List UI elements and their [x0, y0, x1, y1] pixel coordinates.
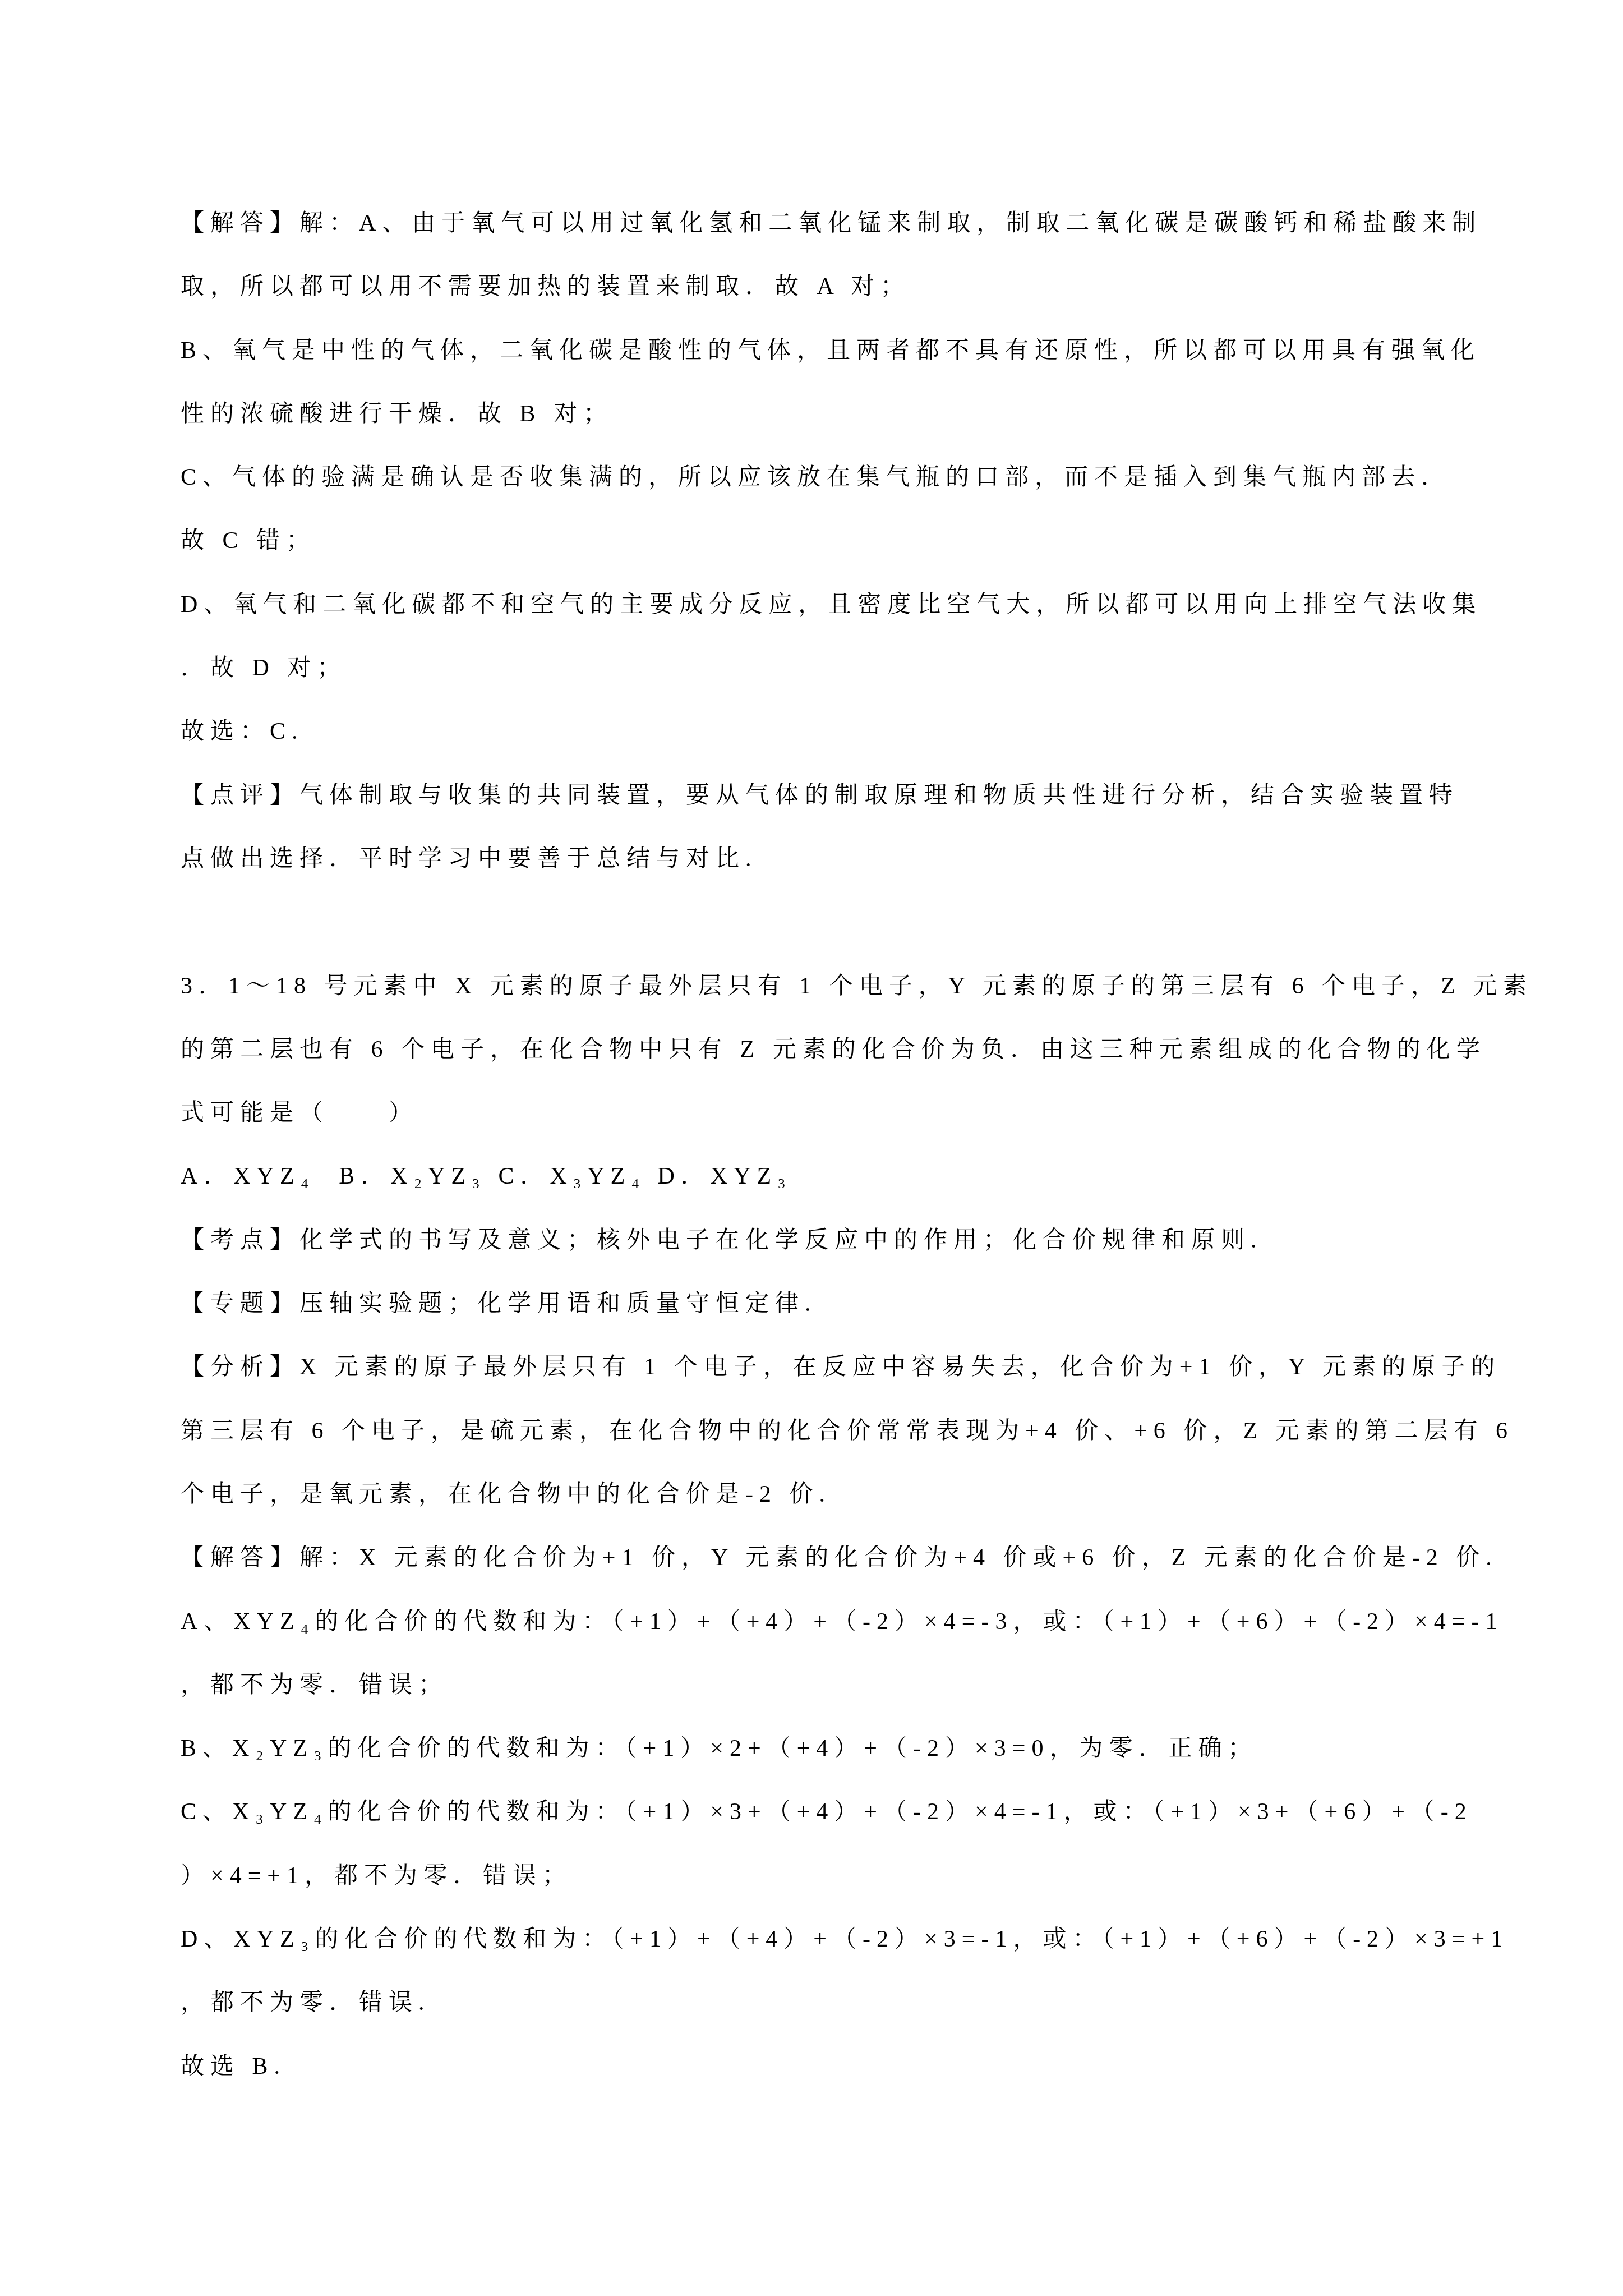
- text-line: ）×4=+1，都不为零．错误；: [181, 1844, 1470, 1908]
- text-line: D、XYZ₃的化合价的代数和为：（+1）+（+4）+（-2）×3=-1，或：（+…: [181, 1908, 1470, 1971]
- document-page: 【解答】解：A、由于氧气可以用过氧化氢和二氧化锰来制取，制取二氧化碳是碳酸钙和稀…: [0, 0, 1623, 2296]
- document-text-block: 【解答】解：A、由于氧气可以用过氧化氢和二氧化锰来制取，制取二氧化碳是碳酸钙和稀…: [181, 192, 1470, 2099]
- text-line: 故选：C.: [181, 700, 1470, 763]
- text-line: C、气体的验满是确认是否收集满的，所以应该放在集气瓶的口部，而不是插入到集气瓶内…: [181, 446, 1470, 509]
- text-line: 取，所以都可以用不需要加热的装置来制取．故 A 对；: [181, 255, 1470, 319]
- text-line: 【专题】压轴实验题；化学用语和质量守恒定律.: [181, 1272, 1470, 1336]
- text-line: 的第二层也有 6 个电子，在化合物中只有 Z 元素的化合价为负．由这三种元素组成…: [181, 1018, 1470, 1082]
- text-line: ．故 D 对；: [181, 637, 1470, 700]
- text-line: C、X₃YZ₄的化合价的代数和为：（+1）×3+（+4）+（-2）×4=-1，或…: [181, 1780, 1470, 1844]
- text-line: 点做出选择．平时学习中要善于总结与对比.: [181, 827, 1470, 891]
- text-line: B、氧气是中性的气体，二氧化碳是酸性的气体，且两者都不具有还原性，所以都可以用具…: [181, 319, 1470, 383]
- text-line: 【分析】X 元素的原子最外层只有 1 个电子，在反应中容易失去，化合价为+1 价…: [181, 1336, 1470, 1399]
- text-line: 式可能是（ ）: [181, 1082, 1470, 1145]
- blank-line: [181, 891, 1470, 954]
- text-line: 第三层有 6 个电子，是硫元素，在化合物中的化合价常常表现为+4 价、+6 价，…: [181, 1400, 1470, 1463]
- text-line: ，都不为零．错误；: [181, 1654, 1470, 1717]
- text-line: A．XYZ₄ B．X₂YZ₃ C．X₃YZ₄ D．XYZ₃: [181, 1145, 1470, 1208]
- text-line: 故选 B.: [181, 2035, 1470, 2099]
- text-line: 3．1～18 号元素中 X 元素的原子最外层只有 1 个电子，Y 元素的原子的第…: [181, 955, 1470, 1018]
- text-line: A、XYZ₄的化合价的代数和为：（+1）+（+4）+（-2）×4=-3，或：（+…: [181, 1590, 1470, 1654]
- text-line: 【考点】化学式的书写及意义；核外电子在化学反应中的作用；化合价规律和原则.: [181, 1209, 1470, 1272]
- text-line: ，都不为零．错误.: [181, 1971, 1470, 2035]
- text-line: 【点评】气体制取与收集的共同装置，要从气体的制取原理和物质共性进行分析，结合实验…: [181, 764, 1470, 827]
- text-line: D、氧气和二氧化碳都不和空气的主要成分反应，且密度比空气大，所以都可以用向上排空…: [181, 573, 1470, 637]
- text-line: 性的浓硫酸进行干燥．故 B 对；: [181, 383, 1470, 446]
- text-line: 个电子，是氧元素，在化合物中的化合价是-2 价.: [181, 1463, 1470, 1526]
- text-line: 故 C 错；: [181, 509, 1470, 573]
- text-line: 【解答】解：X 元素的化合价为+1 价，Y 元素的化合价为+4 价或+6 价，Z…: [181, 1526, 1470, 1590]
- text-line: 【解答】解：A、由于氧气可以用过氧化氢和二氧化锰来制取，制取二氧化碳是碳酸钙和稀…: [181, 192, 1470, 255]
- text-line: B、X₂YZ₃的化合价的代数和为：（+1）×2+（+4）+（-2）×3=0，为零…: [181, 1717, 1470, 1780]
